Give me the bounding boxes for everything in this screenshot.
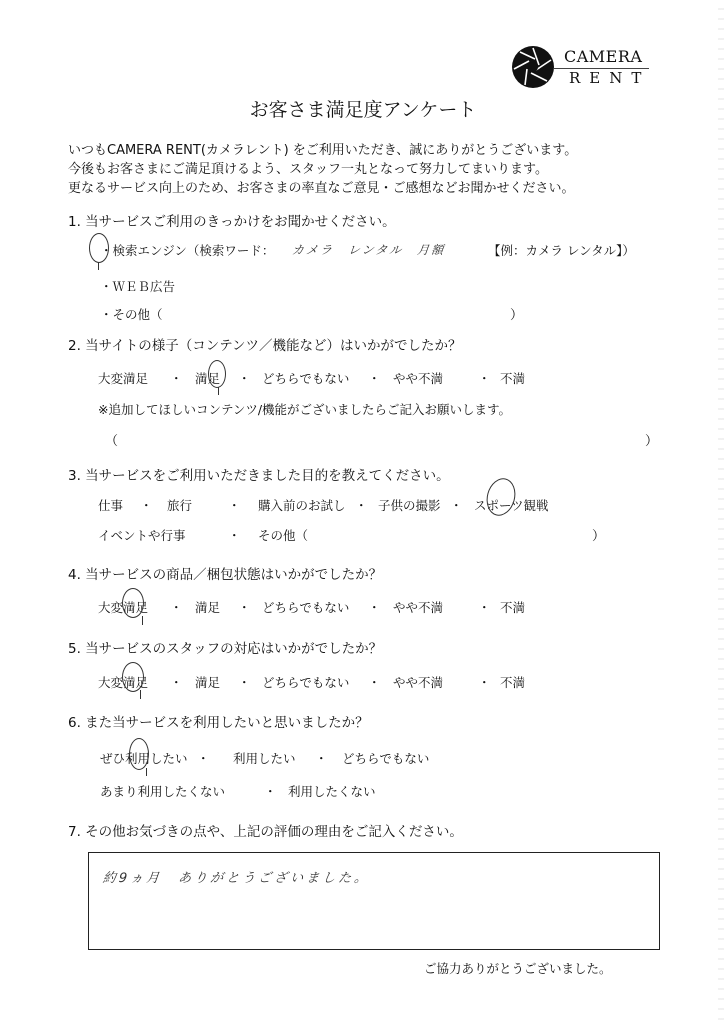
q2-option-dissatisfied[interactable]: 不満: [500, 369, 525, 387]
separator: ・: [228, 496, 241, 514]
q3-option-travel[interactable]: 旅行: [167, 496, 192, 514]
q2-request-field[interactable]: [125, 432, 635, 448]
separator: ・: [315, 749, 328, 767]
q2-option-very-satisfied[interactable]: 大変満足: [98, 369, 148, 387]
separator: ・: [368, 673, 381, 691]
q2-selection-tick: [218, 387, 219, 395]
intro-line-1: いつもCAMERA RENT(カメラレント) をご利用いただき、誠にありがとうご…: [68, 139, 577, 158]
q5-option-somewhat-dissatisfied[interactable]: やや不満: [393, 673, 443, 691]
q3-option-work[interactable]: 仕事: [98, 496, 123, 514]
q4-option-somewhat-dissatisfied[interactable]: やや不満: [393, 598, 443, 616]
q5-selection-circle: [122, 662, 144, 692]
separator: ・: [478, 673, 491, 691]
q7-comment-handwritten: 約9ヵ月 ありがとうございました。: [102, 867, 371, 886]
page-title: お客さま満足度アンケート: [0, 95, 726, 122]
logo-text-camera: CAMERA: [564, 47, 642, 66]
separator: ・: [238, 673, 251, 691]
separator: ・: [197, 749, 210, 767]
q5-option-satisfied[interactable]: 満足: [195, 673, 220, 691]
q6-option-rather-not[interactable]: あまり利用したくない: [100, 782, 225, 800]
closing-thanks: ご協力ありがとうございました。: [424, 959, 612, 977]
intro-line-2: 今後もお客さまにご満足頂けるよう、スタッフ一丸となって努力してまいります。: [68, 158, 548, 177]
q3-option-kids-photo[interactable]: 子供の撮影: [378, 496, 441, 514]
q7-comment-box[interactable]: 約9ヵ月 ありがとうございました。: [88, 852, 660, 950]
intro-line-3: 更なるサービス向上のため、お客さまの率直なご意見・ご感想などお聞かせください。: [68, 177, 574, 196]
question-7-label: 7. その他お気づきの点や、上記の評価の理由をご記入ください。: [68, 820, 463, 840]
q5-option-dissatisfied[interactable]: 不満: [500, 673, 525, 691]
q3-other-close-paren: ）: [592, 525, 605, 544]
logo-text-rent: RENT: [569, 69, 650, 87]
separator: ・: [170, 673, 183, 691]
q2-selection-circle: [208, 360, 226, 388]
question-3-label: 3. 当サービスをご利用いただきました目的を教えてください。: [68, 464, 450, 484]
separator: ・: [238, 369, 251, 387]
q2-note: ※追加してほしいコンテンツ/機能がございましたらご記入お願いします。: [98, 400, 511, 418]
q6-option-would-not[interactable]: 利用したくない: [288, 782, 376, 800]
q5-selection-tick: [140, 690, 141, 699]
separator: ・: [170, 369, 183, 387]
separator: ・: [478, 369, 491, 387]
question-1-label: 1. 当サービスご利用のきっかけをお聞かせください。: [68, 210, 396, 230]
camera-aperture-icon: [511, 45, 555, 89]
q1-other-close-paren: ）: [510, 304, 523, 323]
q6-option-would-use[interactable]: 利用したい: [233, 749, 296, 767]
separator: ・: [140, 496, 153, 514]
question-4-label: 4. 当サービスの商品／梱包状態はいかがでしたか？: [68, 563, 382, 583]
scan-edge-artifact: [718, 0, 724, 1024]
camera-rent-logo: CAMERA RENT: [511, 45, 651, 90]
separator: ・: [355, 496, 368, 514]
q2-option-somewhat-dissatisfied[interactable]: やや不満: [393, 369, 443, 387]
q3-option-event[interactable]: イベントや行事: [98, 526, 186, 544]
q4-option-neutral[interactable]: どちらでもない: [262, 598, 349, 616]
separator: ・: [368, 598, 381, 616]
q4-option-dissatisfied[interactable]: 不満: [500, 598, 525, 616]
question-5-label: 5. 当サービスのスタッフの対応はいかがでしたか？: [68, 637, 382, 657]
q3-option-trial[interactable]: 購入前のお試し: [258, 496, 346, 514]
separator: ・: [264, 782, 277, 800]
q3-option-other[interactable]: その他（: [258, 526, 308, 544]
q4-selection-tick: [142, 616, 143, 625]
question-6-label: 6. また当サービスを利用したいと思いましたか？: [68, 711, 369, 731]
q1-example-text: 【例：カメラ レンタル】）: [488, 241, 635, 259]
separator: ・: [368, 369, 381, 387]
q1-option-search-engine[interactable]: ・検索エンジン（検索ワード：: [100, 241, 274, 259]
separator: ・: [228, 526, 241, 544]
question-2-label: 2. 当サイトの様子（コンテンツ／機能など）はいかがでしたか？: [68, 334, 462, 354]
q2-close-paren: ）: [645, 430, 658, 449]
q1-option-other[interactable]: ・その他（: [100, 305, 163, 323]
separator: ・: [478, 598, 491, 616]
q6-selection-tick: [146, 768, 147, 776]
separator: ・: [170, 598, 183, 616]
separator: ・: [450, 496, 463, 514]
q1-selection-tick: [98, 262, 99, 270]
q6-option-neutral[interactable]: どちらでもない: [342, 749, 429, 767]
q6-selection-circle: [129, 738, 149, 770]
q5-option-neutral[interactable]: どちらでもない: [262, 673, 349, 691]
q2-option-neutral[interactable]: どちらでもない: [262, 369, 349, 387]
q2-open-paren: （: [105, 430, 118, 449]
q1-search-words-handwritten[interactable]: カメラ レンタル 月額: [291, 241, 446, 258]
separator: ・: [238, 598, 251, 616]
q1-selection-circle: [89, 233, 109, 263]
q4-option-satisfied[interactable]: 満足: [195, 598, 220, 616]
q4-selection-circle: [122, 588, 144, 618]
q1-option-web-ad[interactable]: ・ＷＥＢ広告: [100, 277, 175, 295]
